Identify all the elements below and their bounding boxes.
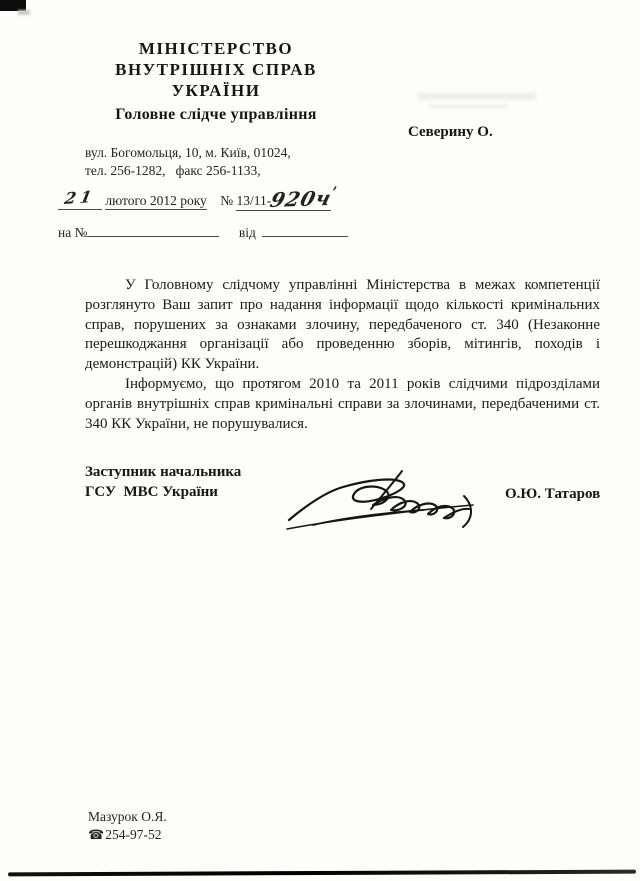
outgoing-number: 13/11-920ч: [236, 186, 331, 211]
signatory-title-line: ГСУ МВС України: [85, 482, 241, 502]
scan-artifact-bottom-line: [8, 870, 636, 876]
body-paragraph-1: У Головному слідчому управлінні Міністер…: [85, 276, 600, 375]
phone-icon: ☎: [88, 828, 104, 843]
address-line: тел. 256-1282, факс 256-1133,: [85, 162, 291, 180]
body-paragraph-2: Інформуємо, що протягом 2010 та 2011 рок…: [85, 375, 600, 434]
reply-from-label: від: [239, 225, 256, 240]
signatory-title-line: Заступник начальника: [85, 462, 241, 482]
ministry-line: ВНУТРІШНІХ СПРАВ: [95, 59, 337, 80]
recipient-name: Северину О.: [408, 124, 493, 141]
signatory-name: О.Ю. Татаров: [505, 486, 600, 503]
executor-block: Мазурок О.Я. ☎254-97-52: [88, 808, 167, 845]
signatory-title: Заступник начальника ГСУ МВС України: [85, 462, 241, 502]
erased-text-mark: [430, 104, 508, 109]
letterhead-department: Головне слідче управління: [95, 106, 337, 124]
executor-phone-row: ☎254-97-52: [88, 826, 167, 845]
reply-reference-line: на № від: [58, 222, 348, 241]
scan-smudge: [18, 10, 30, 15]
scanned-letter-page: МІНІСТЕРСТВО ВНУТРІШНІХ СПРАВ УКРАЇНИ Го…: [0, 0, 640, 881]
executor-name: Мазурок О.Я.: [88, 808, 167, 826]
address-line: вул. Богомольця, 10, м. Київ, 01024,: [85, 144, 291, 162]
number-sign: №: [220, 193, 233, 208]
date-text: лютого 2012 року: [105, 193, 206, 210]
handwritten-day-slot: 21: [58, 190, 102, 210]
ministry-line: УКРАЇНИ: [95, 80, 337, 101]
letter-body: У Головному слідчому управлінні Міністер…: [85, 276, 600, 434]
number-printed: 13/11-: [236, 193, 271, 208]
handwritten-tick: ʼ: [332, 185, 337, 201]
handwritten-signature: [283, 468, 478, 540]
handwritten-day: 21: [63, 187, 97, 208]
executor-phone: 254-97-52: [105, 827, 161, 842]
reply-date-blank: [262, 222, 348, 237]
handwritten-number: 920ч: [268, 186, 335, 212]
reply-number-blank: [87, 222, 219, 237]
reply-label: на №: [58, 225, 87, 240]
letterhead-address: вул. Богомольця, 10, м. Київ, 01024, тел…: [85, 144, 291, 180]
erased-text-mark: [418, 93, 536, 100]
reference-date-line: 21 лютого 2012 року № 13/11-920чʼ: [58, 186, 336, 211]
letterhead-ministry-name: МІНІСТЕРСТВО ВНУТРІШНІХ СПРАВ УКРАЇНИ: [95, 38, 337, 101]
ministry-line: МІНІСТЕРСТВО: [95, 38, 337, 59]
